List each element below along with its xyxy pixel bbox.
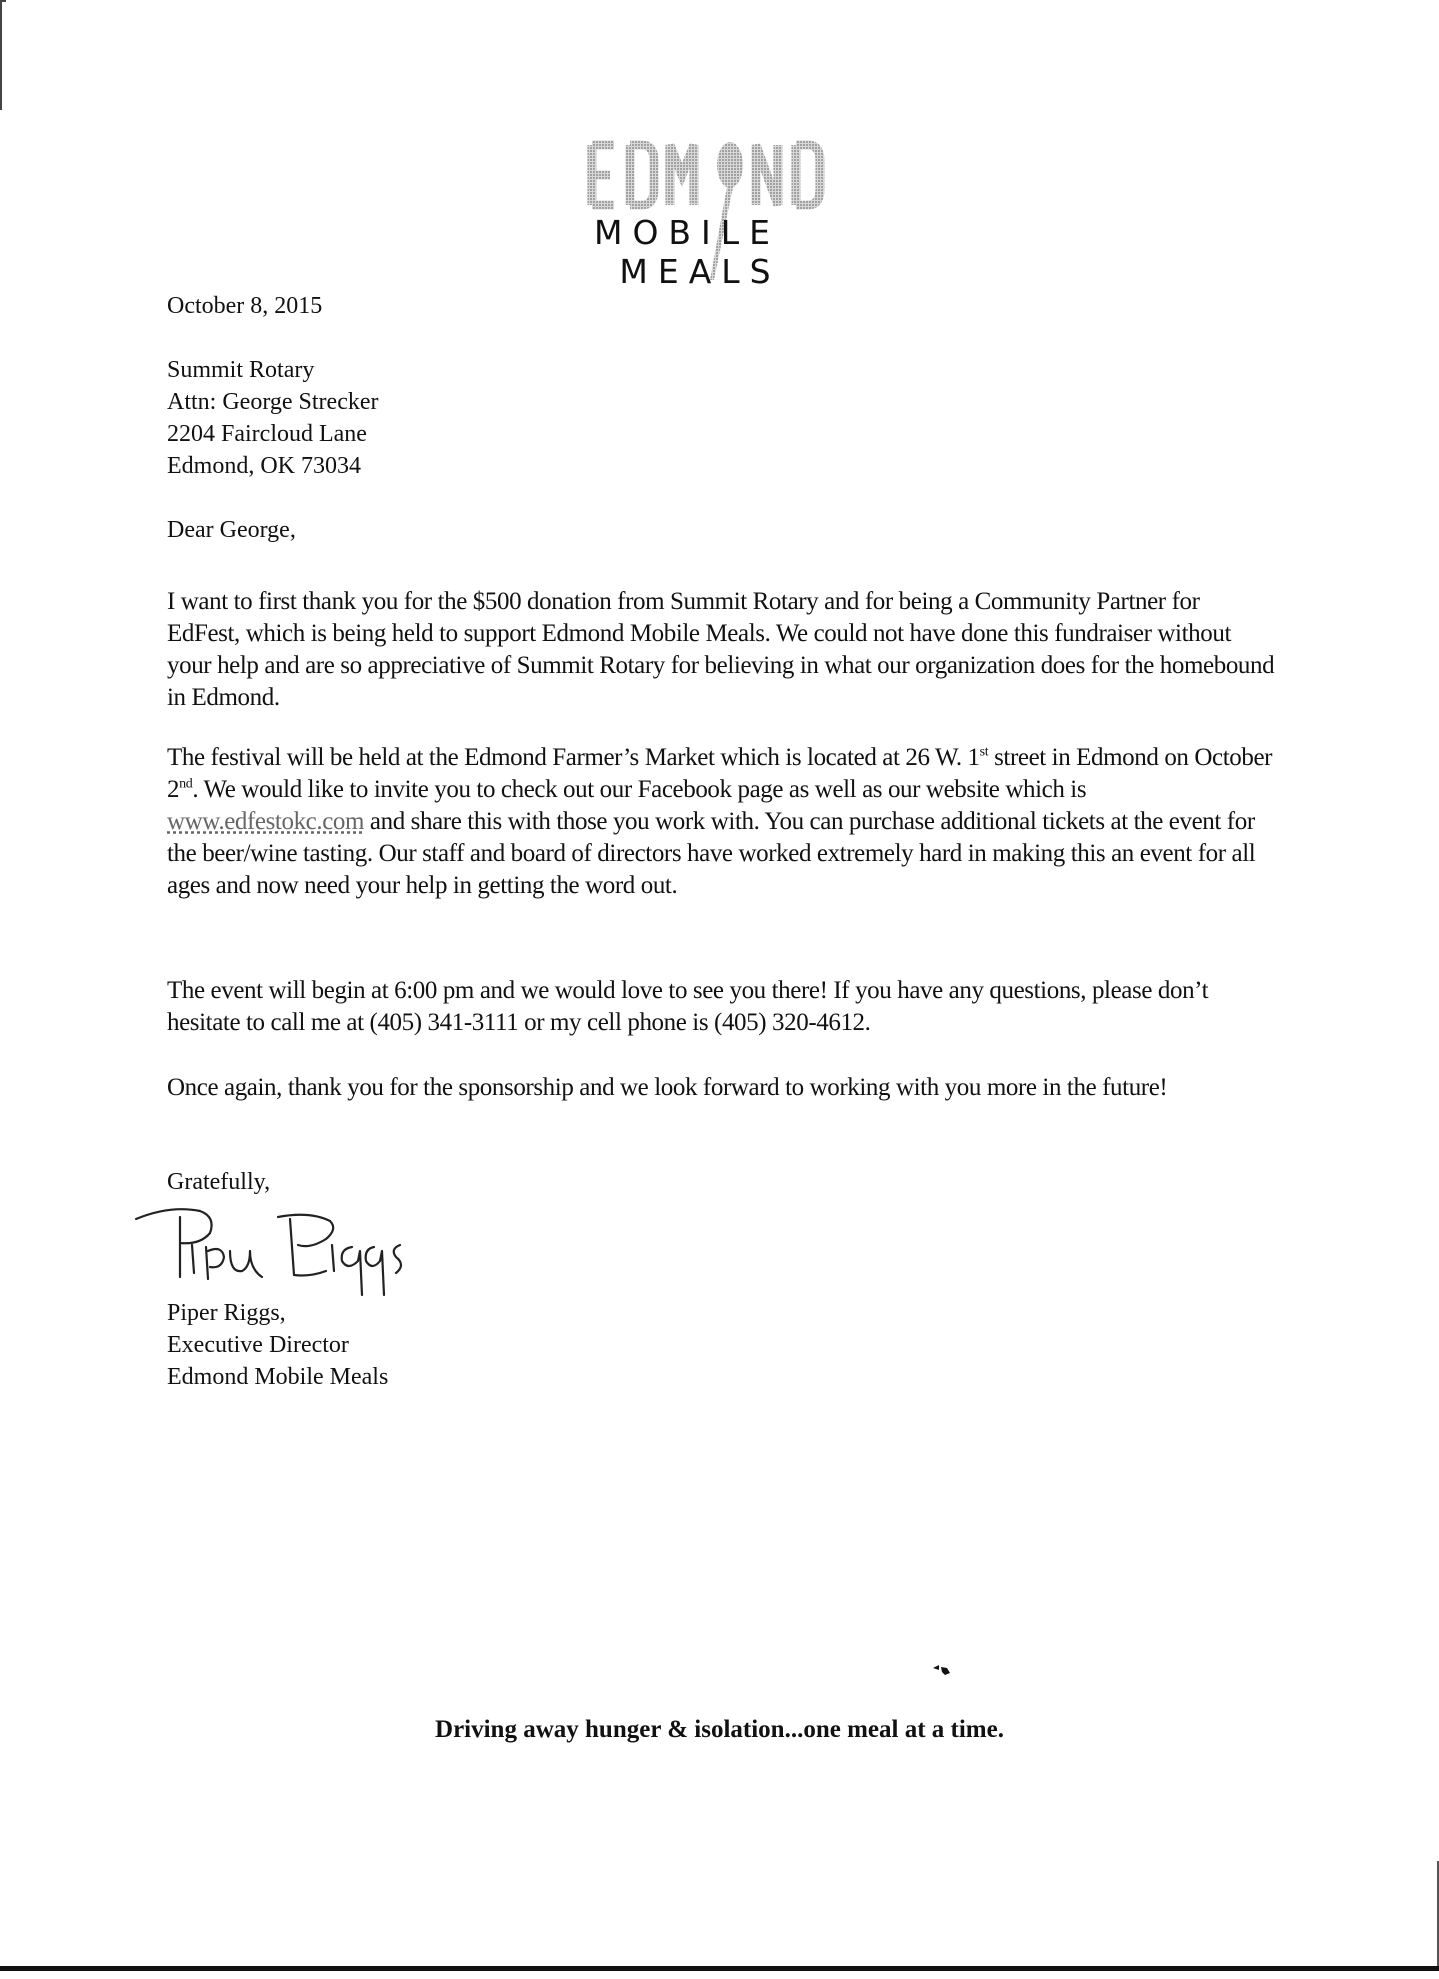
scan-edge-bottom (0, 1966, 1439, 1971)
p2-text-3: . We would like to invite you to check o… (192, 776, 1086, 803)
paragraph-event-contact: The event will begin at 6:00 pm and we w… (167, 975, 1277, 1039)
paragraph-festival-details: The festival will be held at the Edmond … (167, 742, 1277, 902)
closing: Gratefully, (167, 1166, 270, 1198)
recipient-address: Summit Rotary Attn: George Strecker 2204… (167, 354, 379, 482)
letter-date: October 8, 2015 (167, 290, 322, 322)
paragraph-closing-thanks: Once again, thank you for the sponsorshi… (167, 1072, 1277, 1104)
scan-edge-left (0, 0, 2, 110)
recipient-organization: Summit Rotary (167, 354, 379, 386)
footer-tagline: Driving away hunger & isolation...one me… (0, 1716, 1439, 1744)
ordinal-suffix: nd (179, 777, 192, 792)
signer-organization: Edmond Mobile Meals (167, 1361, 388, 1393)
scan-artifact (933, 1664, 951, 1676)
logo-word-mobile: MOBILE (594, 213, 780, 252)
salutation: Dear George, (167, 514, 296, 546)
paragraph-thanks: I want to first thank you for the $500 d… (167, 586, 1277, 714)
letterhead-logo: MOBILEMEALS (530, 135, 870, 285)
logo-subtitle: MOBILEMEALS (530, 213, 870, 291)
signer-title: Executive Director (167, 1329, 388, 1361)
recipient-street: 2204 Faircloud Lane (167, 418, 379, 450)
p2-text-1: The festival will be held at the Edmond … (167, 744, 980, 771)
website-link[interactable]: www.edfestokc.com (167, 808, 364, 835)
signer-name: Piper Riggs, (167, 1297, 388, 1329)
recipient-attention: Attn: George Strecker (167, 386, 379, 418)
signer-block: Piper Riggs, Executive Director Edmond M… (167, 1297, 388, 1393)
logo-word-meals: MEALS (619, 252, 780, 291)
recipient-city: Edmond, OK 73034 (167, 450, 379, 482)
ordinal-suffix: st (980, 745, 989, 760)
handwritten-signature (130, 1195, 420, 1305)
